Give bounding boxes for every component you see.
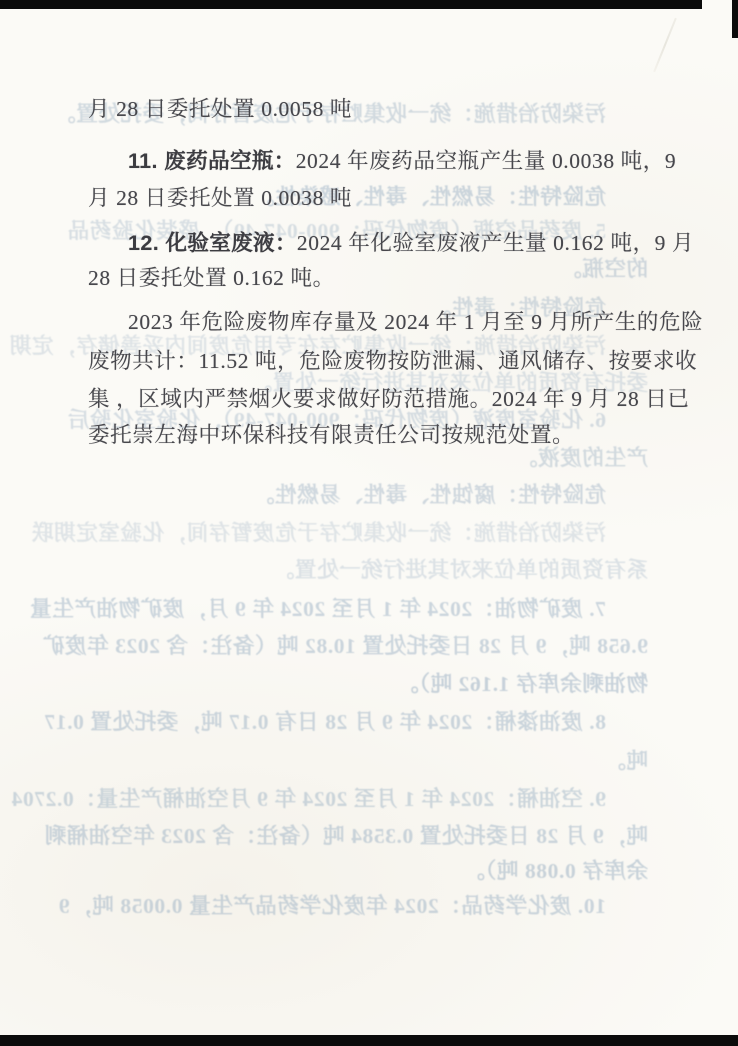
text-line: 集 ，区域内严禁烟火要求做好防范措施。2024 年 9 月 28 日已 xyxy=(88,385,690,414)
line-text: 废物共计：11.52 吨，危险废物按防泄漏、通风储存、按要求收 xyxy=(88,349,697,373)
scan-edge-top xyxy=(0,0,702,9)
text-line: 28 日委托处置 0.162 吨。 xyxy=(88,264,335,293)
line-text: 2024 年废药品空瓶产生量 0.0038 吨，9 xyxy=(296,149,677,173)
line-text: 2023 年危险废物库存量及 2024 年 1 月至 9 月所产生的危险 xyxy=(128,310,703,334)
line-text: 委托崇左海中环保科技有限责任公司按规范处置。 xyxy=(88,423,574,447)
scan-edge-top-right xyxy=(732,0,738,38)
text-line: 月 28 日委托处置 0.0058 吨 xyxy=(88,95,352,124)
scanned-document-page: 污染防治措施：统一收集贮存于危废暂存间，委托处置。危险特性：易燃性、毒性、感染性… xyxy=(0,0,738,1046)
text-line: 2023 年危险废物库存量及 2024 年 1 月至 9 月所产生的危险 xyxy=(128,308,703,337)
line-text: 28 日委托处置 0.162 吨。 xyxy=(88,266,335,290)
line-text: 月 28 日委托处置 0.0038 吨 xyxy=(88,186,352,210)
text-line: 委托崇左海中环保科技有限责任公司按规范处置。 xyxy=(88,421,574,450)
text-line: 12. 化验室废液：2024 年化验室废液产生量 0.162 吨，9 月 xyxy=(128,229,694,258)
text-line: 11. 废药品空瓶：2024 年废药品空瓶产生量 0.0038 吨，9 xyxy=(128,147,676,176)
item-label: 11. 废药品空瓶： xyxy=(128,149,296,173)
text-line: 月 28 日委托处置 0.0038 吨 xyxy=(88,184,352,213)
text-line: 废物共计：11.52 吨，危险废物按防泄漏、通风储存、按要求收 xyxy=(88,347,697,376)
item-label: 12. 化验室废液： xyxy=(128,231,297,255)
line-text: 2024 年化验室废液产生量 0.162 吨，9 月 xyxy=(297,231,694,255)
scan-edge-bottom xyxy=(0,1035,738,1046)
document-text-layer: 月 28 日委托处置 0.0058 吨11. 废药品空瓶：2024 年废药品空瓶… xyxy=(0,0,738,1046)
line-text: 月 28 日委托处置 0.0058 吨 xyxy=(88,97,352,121)
line-text: 集 ，区域内严禁烟火要求做好防范措施。2024 年 9 月 28 日已 xyxy=(88,387,690,411)
